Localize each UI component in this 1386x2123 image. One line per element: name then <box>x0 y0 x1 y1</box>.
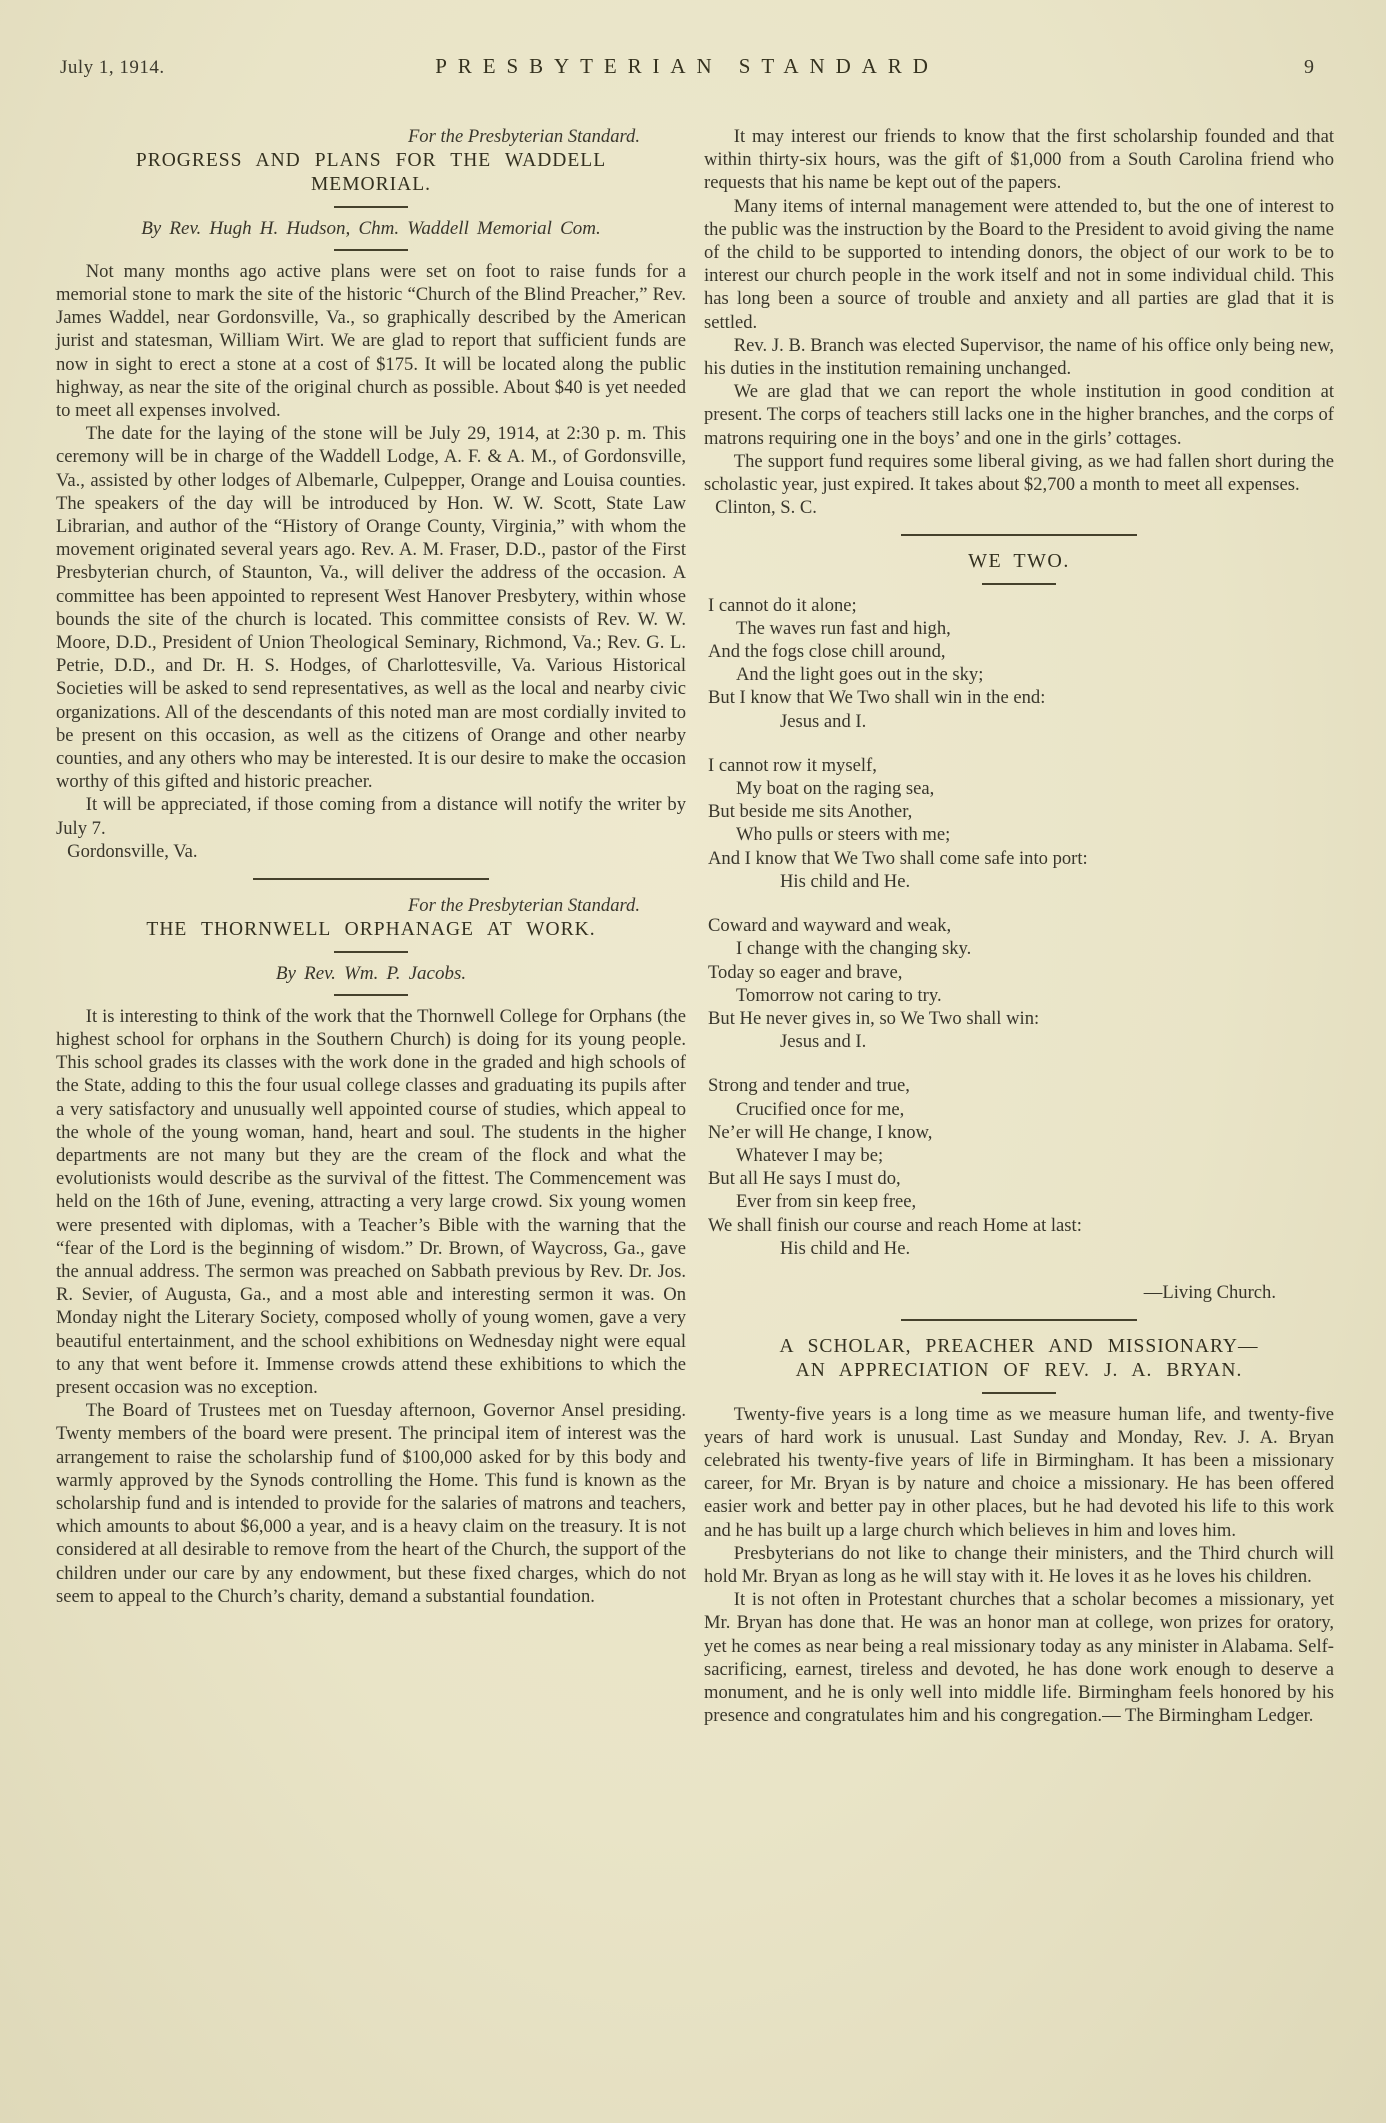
article-title: MEMORIAL. <box>56 173 686 196</box>
article-attribution: For the Presbyterian Standard. <box>56 894 686 917</box>
poem-attribution: —Living Church. <box>704 1281 1334 1304</box>
article-paragraph: Not many months ago active plans were se… <box>56 260 686 422</box>
issue-date: July 1, 1914. <box>60 57 250 79</box>
section-divider <box>901 534 1137 536</box>
page-columns: For the Presbyterian Standard. PROGRESS … <box>56 125 1334 1727</box>
article-signature-location: Gordonsville, Va. <box>56 840 686 863</box>
poem-title: WE TWO. <box>704 550 1334 573</box>
poem-stanza: Strong and tender and true, Crucified on… <box>704 1074 1334 1260</box>
article-paragraph: It will be appreciated, if those coming … <box>56 793 686 839</box>
article-paragraph: The support fund requires some liberal g… <box>704 450 1334 496</box>
poem-line: I cannot row it myself, <box>704 754 1334 777</box>
article-byline: By Rev. Hugh H. Hudson, Chm. Waddell Mem… <box>56 217 686 240</box>
article-paragraph: It is not often in Protestant churches t… <box>704 1588 1334 1727</box>
poem-line: The waves run fast and high, <box>704 617 1334 640</box>
poem-we-two: WE TWO. I cannot do it alone; The waves … <box>704 550 1334 1304</box>
poem-line: Crucified once for me, <box>704 1098 1334 1121</box>
article-byline: By Rev. Wm. P. Jacobs. <box>56 962 686 985</box>
poem-line: Today so eager and brave, <box>704 961 1334 984</box>
poem-line: Strong and tender and true, <box>704 1074 1334 1097</box>
left-column: For the Presbyterian Standard. PROGRESS … <box>56 125 686 1727</box>
article-paragraph: Twenty-five years is a long time as we m… <box>704 1403 1334 1542</box>
poem-line: My boat on the raging sea, <box>704 777 1334 800</box>
article-paragraph: The Board of Trustees met on Tuesday aft… <box>56 1399 686 1608</box>
article-paragraph: Rev. J. B. Branch was elected Supervisor… <box>704 334 1334 380</box>
poem-line: But all He says I must do, <box>704 1167 1334 1190</box>
article-bryan: A SCHOLAR, PREACHER AND MISSIONARY— AN A… <box>704 1335 1334 1727</box>
newspaper-page: July 1, 1914. PRESBYTERIAN STANDARD 9 Fo… <box>0 0 1386 2123</box>
page-header: July 1, 1914. PRESBYTERIAN STANDARD 9 <box>56 40 1334 79</box>
poem-line: Whatever I may be; <box>704 1144 1334 1167</box>
article-paragraph: Presbyterians do not like to change thei… <box>704 1542 1334 1588</box>
article-title: AN APPRECIATION OF REV. J. A. BRYAN. <box>704 1359 1334 1382</box>
article-title: PROGRESS AND PLANS FOR THE WADDELL <box>56 149 686 172</box>
section-divider <box>901 1319 1137 1321</box>
poem-line: But beside me sits Another, <box>704 800 1334 823</box>
poem-line: Jesus and I. <box>704 710 1334 733</box>
right-column: It may interest our friends to know that… <box>704 125 1334 1727</box>
poem-line: Who pulls or steers with me; <box>704 823 1334 846</box>
poem-line: Tomorrow not caring to try. <box>704 984 1334 1007</box>
section-divider <box>253 878 489 880</box>
poem-line: Ever from sin keep free, <box>704 1190 1334 1213</box>
poem-line: His child and He. <box>704 1237 1334 1260</box>
poem-stanza: I cannot row it myself, My boat on the r… <box>704 754 1334 893</box>
poem-line: Ne’er will He change, I know, <box>704 1121 1334 1144</box>
article-waddell: For the Presbyterian Standard. PROGRESS … <box>56 125 686 863</box>
heading-divider <box>334 994 408 996</box>
page-number: 9 <box>1124 56 1328 79</box>
poem-line: And the light goes out in the sky; <box>704 663 1334 686</box>
heading-divider <box>334 249 408 251</box>
poem-line: And I know that We Two shall come safe i… <box>704 847 1334 870</box>
article-thornwell-continued: It may interest our friends to know that… <box>704 125 1334 519</box>
article-paragraph: The date for the laying of the stone wil… <box>56 422 686 793</box>
poem-stanza: I cannot do it alone; The waves run fast… <box>704 594 1334 733</box>
poem-line: And the fogs close chill around, <box>704 640 1334 663</box>
heading-divider <box>982 583 1056 585</box>
poem-line: I change with the changing sky. <box>704 937 1334 960</box>
poem-line: But I know that We Two shall win in the … <box>704 686 1334 709</box>
article-paragraph: It may interest our friends to know that… <box>704 125 1334 195</box>
article-paragraph: We are glad that we can report the whole… <box>704 380 1334 450</box>
poem-line: Coward and wayward and weak, <box>704 914 1334 937</box>
heading-divider <box>334 206 408 208</box>
article-signature-location: Clinton, S. C. <box>704 496 1334 519</box>
poem-line: His child and He. <box>704 870 1334 893</box>
poem-line: But He never gives in, so We Two shall w… <box>704 1007 1334 1030</box>
heading-divider <box>334 951 408 953</box>
poem-line: We shall finish our course and reach Hom… <box>704 1214 1334 1237</box>
article-thornwell: For the Presbyterian Standard. THE THORN… <box>56 894 686 1608</box>
poem-line: Jesus and I. <box>704 1030 1334 1053</box>
article-attribution: For the Presbyterian Standard. <box>56 125 686 148</box>
article-paragraph: It is interesting to think of the work t… <box>56 1005 686 1399</box>
poem-line: I cannot do it alone; <box>704 594 1334 617</box>
article-title: A SCHOLAR, PREACHER AND MISSIONARY— <box>704 1335 1334 1358</box>
publication-title: PRESBYTERIAN STANDARD <box>250 54 1124 79</box>
poem-stanza: Coward and wayward and weak, I change wi… <box>704 914 1334 1053</box>
article-title: THE THORNWELL ORPHANAGE AT WORK. <box>56 918 686 941</box>
article-paragraph: Many items of internal management were a… <box>704 195 1334 334</box>
heading-divider <box>982 1392 1056 1394</box>
